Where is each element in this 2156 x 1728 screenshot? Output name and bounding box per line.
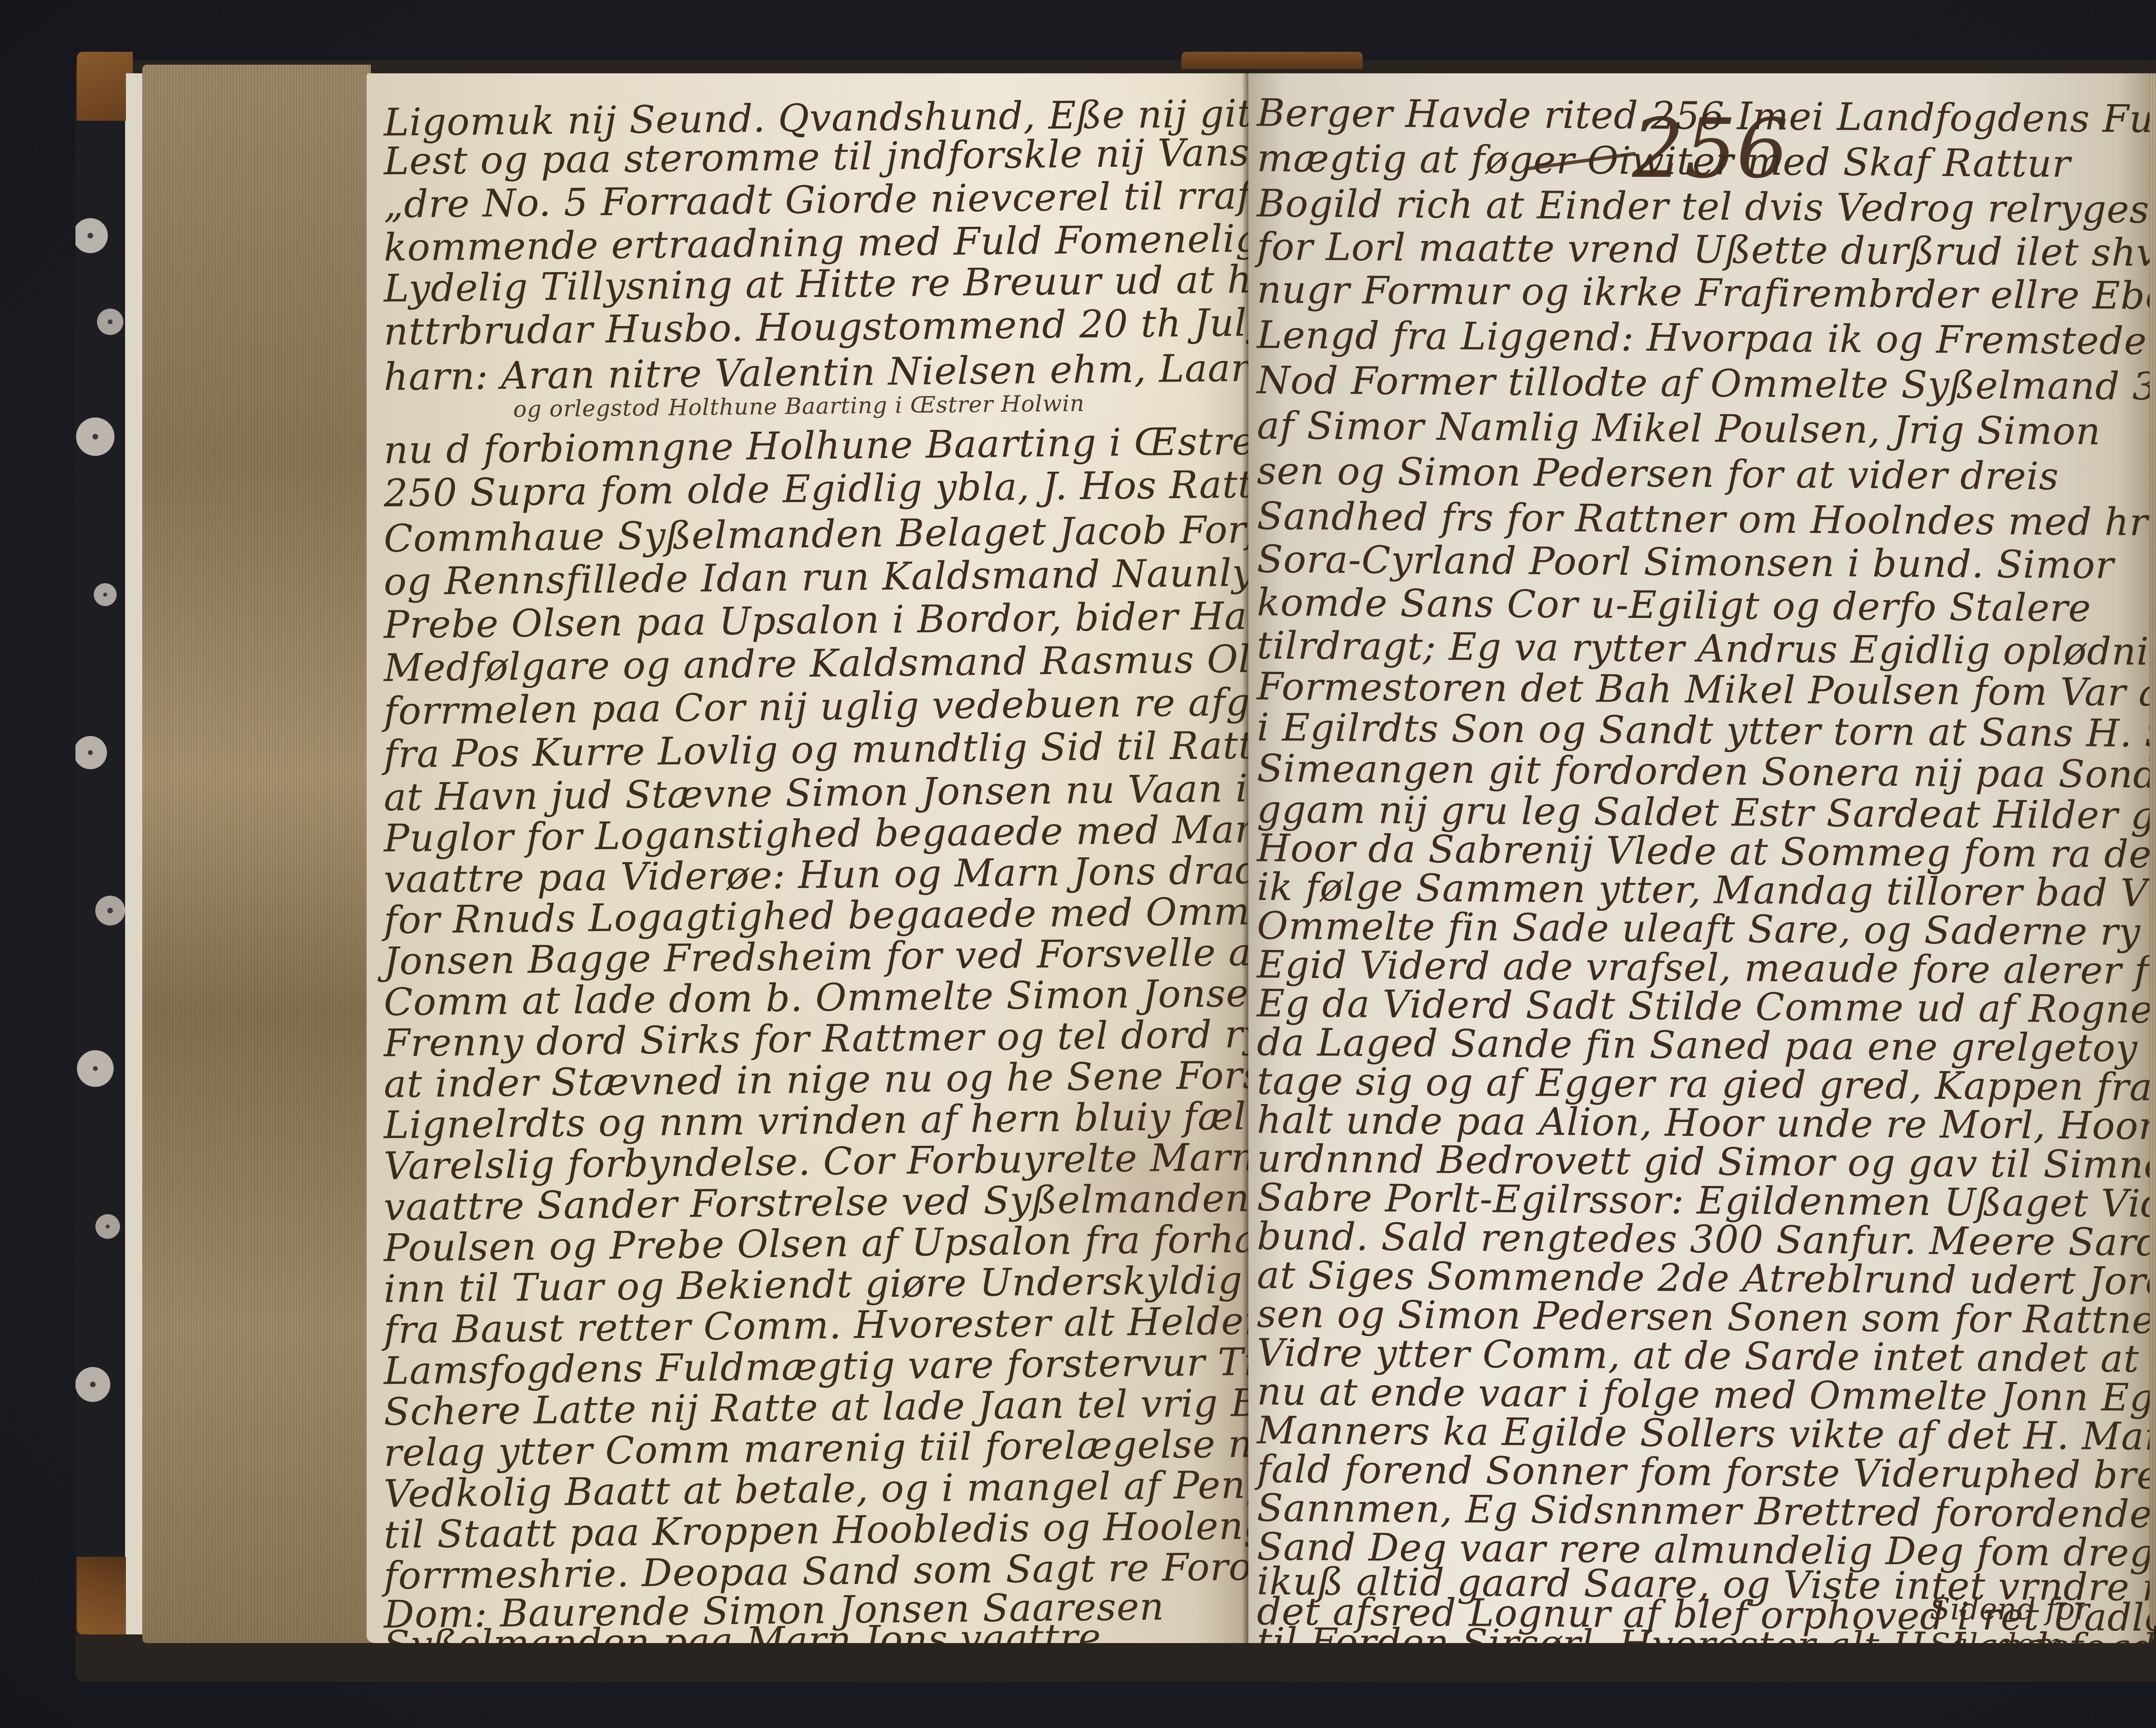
manuscript-line: mægtig at føger Oiwiter med Skaf Rattur: [1248, 139, 2154, 184]
manuscript-line-with-cross-ref: 250 Supra fom olde Egidlig ybla, J. Hos …: [367, 465, 1248, 512]
right-page: 256 Berger Havde rited 256 Imei Landfogd…: [1248, 73, 2154, 1643]
manuscript-line: nugr Formur og ikrke Frafirembrder ellre…: [1248, 271, 2154, 315]
manuscript-line: Prebe Olsen paa Upsalon i Bordor, bider …: [367, 597, 1248, 644]
manuscript-line: nu d forbiomngne Holhune Baarting i Œstr…: [367, 422, 1248, 469]
signature: Sidend for Sal. dom: [1930, 1591, 2154, 1643]
manuscript-line: i Egilrdts Son og Sandt ytter torn at Sa…: [1248, 709, 2154, 753]
manuscript-line: Simeangen git fordorden Sonera nij paa S…: [1248, 750, 2154, 794]
manuscript-line: Lest og paa steromme til jndforskle nij …: [367, 133, 1248, 180]
manuscript-line: „dre No. 5 Forraadt Giorde nievcerel til…: [367, 176, 1248, 223]
spine-headband: [1181, 52, 1363, 69]
page-block-edges-right: [2150, 73, 2156, 1626]
manuscript-line: fra Pos Kurre Lovlig og mundtlig Sid til…: [367, 726, 1248, 773]
manuscript-line: Sandhed frs for Rattner om Hoolndes med …: [1248, 497, 2154, 542]
leather-corner-bottom: [77, 1548, 133, 1634]
manuscript-line: Bogild rich at Einder tel dvis Vedrog re…: [1248, 185, 2154, 229]
flyleaf: [126, 73, 142, 1634]
manuscript-line: Sora-Cyrland Poorl Simonsen i bund. Simo…: [1248, 540, 2154, 585]
left-page: Ligomuk nij Seund. Qvandshund, Eße nij g…: [367, 73, 1248, 1643]
manuscript-line: Formestoren det Bah Mikel Poulsen fom Va…: [1248, 668, 2154, 712]
manuscript-line: Medfølgare og andre Kaldsmand Rasmus Olf…: [367, 640, 1248, 687]
interlinear-note: og orlegstod Holthune Baarting i Œstrer …: [496, 391, 1248, 421]
manuscript-line: og Rennsfillede Idan run Kaldsmand Naunl…: [367, 554, 1248, 601]
manuscript-line: harn: Aran nitre Valentin Nielsen ehm, L…: [367, 349, 1248, 396]
manuscript-line: for Lorl maatte vrend Ußette durßrud ile…: [1248, 228, 2154, 272]
manuscript-line: forrmelen paa Cor nij uglig vedebuen re …: [367, 683, 1248, 730]
page-block-edges-left: [142, 65, 371, 1643]
manuscript-line: Nod Former tillodte af Ommelte Syßelmand…: [1248, 361, 2154, 406]
manuscript-line: Commhaue Syßelmanden Belaget Jacob Forßm: [367, 511, 1248, 558]
manuscript-line: komde Sans Cor u-Egiligt og derfo Staler…: [1248, 583, 2154, 628]
manuscript-line: Lengd fra Liggend: Hvorpaa ik og Fremste…: [1248, 316, 2154, 361]
manuscript-line: Berger Havde rited 256 Imei Landfogdens …: [1248, 94, 2154, 138]
manuscript-line: Lydelig Tillysning at Hitte re Breuur ud…: [367, 260, 1248, 307]
manuscript-line: sen og Simon Pedersen for at vider dreis: [1248, 452, 2154, 496]
marbled-endpaper: [75, 121, 127, 1557]
manuscript-line: nttrbrudar Husbo. Hougstommend 20 th Jul…: [367, 304, 1248, 351]
manuscript-line: tilrdragt; Eg va rytter Andrus Egidlig o…: [1248, 627, 2154, 671]
manuscript-line: af Simor Namlig Mikel Poulsen, Jrig Simo…: [1248, 407, 2154, 451]
